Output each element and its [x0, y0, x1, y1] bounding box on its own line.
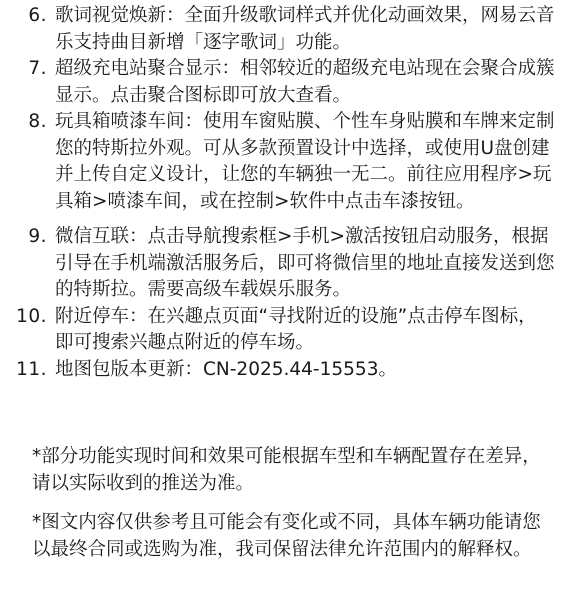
list-item-number: 9.	[0, 224, 55, 251]
list-item-number: 10.	[0, 304, 55, 331]
list-item: 7. 超级充电站聚合显示：相邻较近的超级充电站现在会聚合成簇显示。点击聚合图标即…	[0, 56, 584, 109]
disclaimer-notes: *部分功能实现时间和效果可能根据车型和车辆配置存在差异，请以实际收到的推送为准。…	[32, 443, 552, 575]
list-item: 9. 微信互联：点击导航搜索框>手机>激活按钮启动服务，根据引导在手机端激活服务…	[0, 224, 584, 304]
list-item: 8. 玩具箱喷漆车间：使用车窗贴膜、个性车身贴膜和车牌来定制您的特斯拉外观。可从…	[0, 109, 584, 215]
list-item-number: 11.	[0, 357, 55, 384]
disclaimer-note: *部分功能实现时间和效果可能根据车型和车辆配置存在差异，请以实际收到的推送为准。	[32, 443, 552, 497]
list-item-text: 歌词视觉焕新：全面升级歌词样式并优化动画效果，网易云音乐支持曲目新增「逐字歌词」…	[55, 3, 555, 56]
list-item-number: 6.	[0, 3, 55, 30]
list-item: 11. 地图包版本更新：CN-2025.44-15553。	[0, 357, 584, 384]
list-item-text: 附近停车：在兴趣点页面“寻找附近的设施”点击停车图标，即可搜索兴趣点附近的停车场…	[55, 304, 555, 357]
list-item-number: 8.	[0, 109, 55, 136]
list-item: 6. 歌词视觉焕新：全面升级歌词样式并优化动画效果，网易云音乐支持曲目新增「逐字…	[0, 3, 584, 56]
list-item: 10. 附近停车：在兴趣点页面“寻找附近的设施”点击停车图标，即可搜索兴趣点附近…	[0, 304, 584, 357]
release-notes-list: 6. 歌词视觉焕新：全面升级歌词样式并优化动画效果，网易云音乐支持曲目新增「逐字…	[0, 3, 584, 383]
disclaimer-note: *图文内容仅供参考且可能会有变化或不同，具体车辆功能请您以最终合同或选购为准，我…	[32, 509, 552, 563]
list-item-text: 地图包版本更新：CN-2025.44-15553。	[55, 357, 555, 384]
list-item-number: 7.	[0, 56, 55, 83]
list-item-text: 超级充电站聚合显示：相邻较近的超级充电站现在会聚合成簇显示。点击聚合图标即可放大…	[55, 56, 555, 109]
list-item-text: 玩具箱喷漆车间：使用车窗贴膜、个性车身贴膜和车牌来定制您的特斯拉外观。可从多款预…	[55, 109, 555, 215]
list-item-text: 微信互联：点击导航搜索框>手机>激活按钮启动服务，根据引导在手机端激活服务后，即…	[55, 224, 555, 304]
